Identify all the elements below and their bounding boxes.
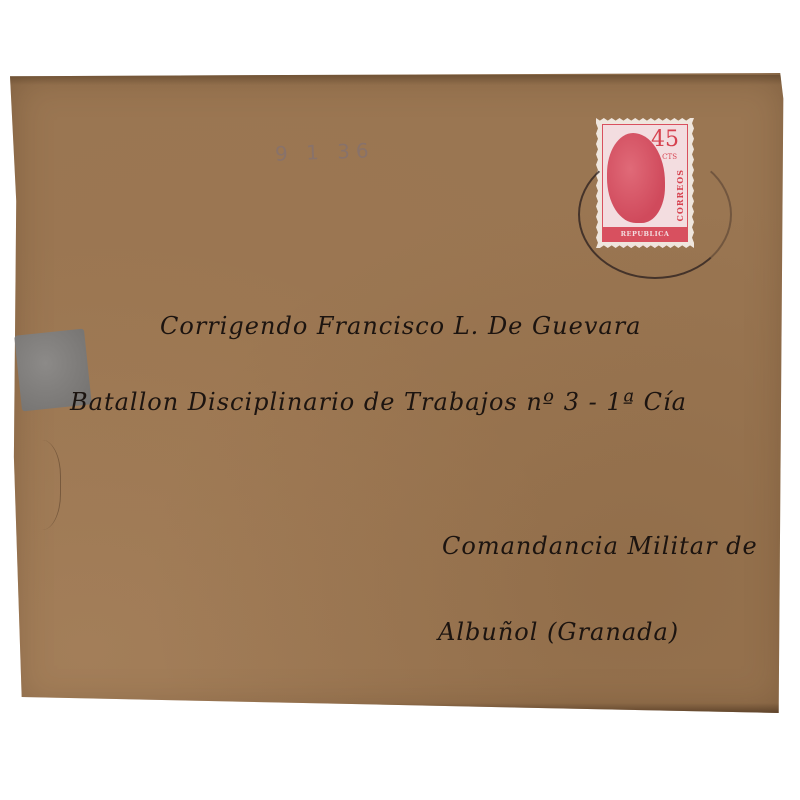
pencil-note: 9 1 36 bbox=[275, 138, 375, 165]
stamp-value: 45 bbox=[651, 127, 679, 152]
address-line-4: Albuñol (Granada) bbox=[438, 618, 679, 646]
envelope-top-fold bbox=[10, 75, 788, 85]
envelope-bottom-edge bbox=[10, 703, 788, 713]
address-line-1: Corrigendo Francisco L. De Guevara bbox=[160, 312, 642, 340]
address-line-2: Batallon Disciplinario de Trabajos nº 3 … bbox=[70, 388, 687, 416]
postmark bbox=[578, 150, 732, 279]
paper-tear bbox=[14, 440, 61, 530]
address-line-3: Comandancia Militar de bbox=[442, 532, 758, 560]
